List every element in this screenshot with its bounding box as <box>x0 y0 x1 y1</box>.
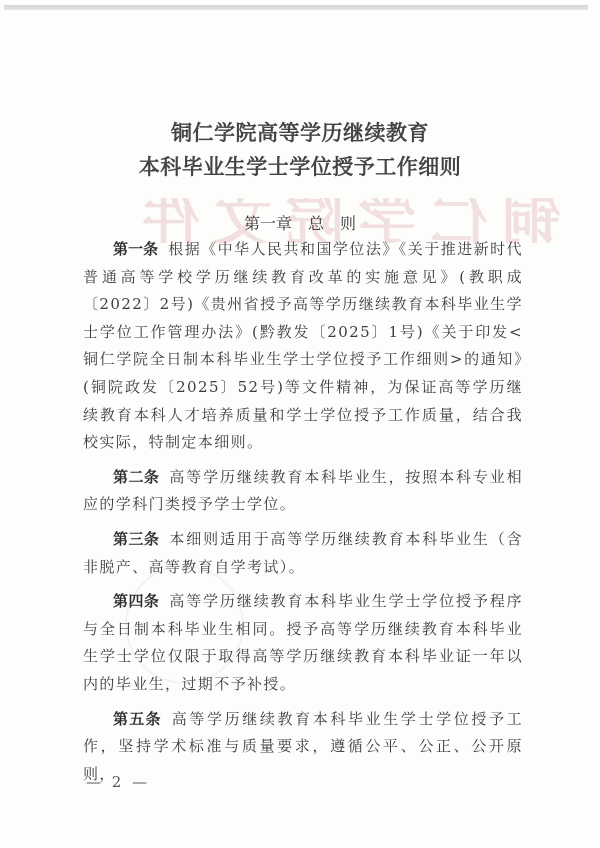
article-2: 第二条高等学历继续教育本科毕业生，按照本科专业相应的学科门类授予学士学位。 <box>83 464 523 519</box>
article-label: 第五条 <box>113 710 162 728</box>
article-3: 第三条本细则适用于高等学历继续教育本科毕业生（含非脱产、高等教育自学考试）。 <box>83 526 523 581</box>
document-title-line-2: 本科毕业生学士学位授予工作细则 <box>0 151 600 181</box>
page-number: — 2 — <box>86 773 147 791</box>
article-label: 第二条 <box>113 468 159 486</box>
article-1: 第一条根据《中华人民共和国学位法》《关于推进新时代普通高等学校学历继续教育改革的… <box>83 236 523 457</box>
article-label: 第四条 <box>113 592 159 610</box>
scan-edge-band <box>4 5 588 10</box>
article-label: 第三条 <box>113 530 159 548</box>
chapter-heading: 第一章 总 则 <box>0 211 600 234</box>
article-text: 根据《中华人民共和国学位法》《关于推进新时代普通高等学校学历继续教育改革的实施意… <box>83 240 523 451</box>
article-5: 第五条高等学历继续教育本科毕业生学士学位授予工作，坚持学术标准与质量要求，遵循公… <box>83 706 523 789</box>
article-4: 第四条高等学历继续教育本科毕业生学士学位授予程序与全日制本科毕业生相同。授予高等… <box>83 588 523 698</box>
article-label: 第一条 <box>113 240 158 258</box>
document-title-line-1: 铜仁学院高等学历继续教育 <box>0 117 600 147</box>
document-body: 第一条根据《中华人民共和国学位法》《关于推进新时代普通高等学校学历继续教育改革的… <box>83 236 523 795</box>
